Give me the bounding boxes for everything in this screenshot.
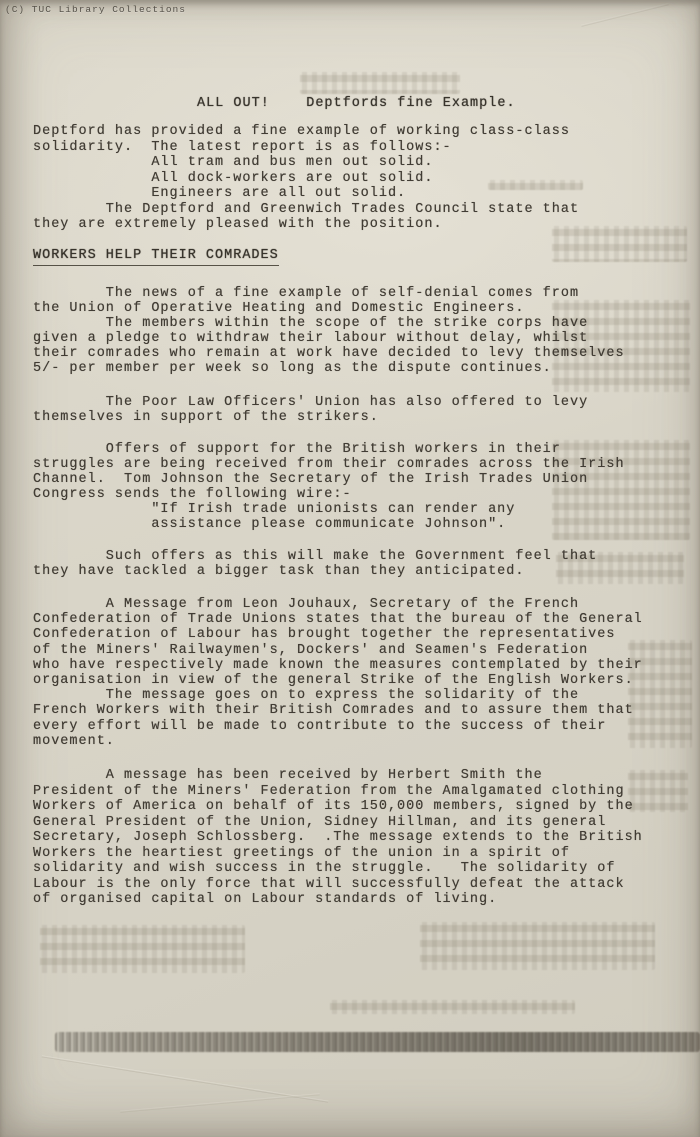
paragraph-american-message: A message has been received by Herbert S…	[33, 768, 643, 908]
paper-crease	[42, 1055, 329, 1102]
paragraph-government-reaction: Such offers as this will make the Govern…	[33, 550, 597, 580]
ghost-text-bleed	[300, 72, 460, 94]
copyright-watermark: (C) TUC Library Collections	[5, 4, 186, 15]
ghost-text-bleed	[330, 1000, 575, 1014]
paragraph-french-message: A Message from Leon Jouhaux, Secretary o…	[33, 597, 643, 749]
scanned-document-page: (C) TUC Library Collections ALL OUT! Dep…	[0, 0, 700, 1137]
paper-crease	[581, 3, 669, 27]
paragraph-deptford-example: Deptford has provided a fine example of …	[33, 124, 579, 233]
ghost-text-bleed	[420, 922, 655, 970]
paragraph-poor-law-union: The Poor Law Officers' Union has also of…	[33, 396, 588, 426]
section-heading: WORKERS HELP THEIR COMRADES	[33, 248, 279, 266]
paragraph-self-denial: The news of a fine example of self-denia…	[33, 287, 625, 376]
document-title: ALL OUT! Deptfords fine Example.	[197, 96, 516, 111]
paragraph-irish-support: Offers of support for the British worker…	[33, 442, 625, 533]
ghost-text-bleed	[40, 925, 245, 973]
ink-smudge-band	[55, 1032, 700, 1052]
paper-crease	[120, 1093, 319, 1112]
